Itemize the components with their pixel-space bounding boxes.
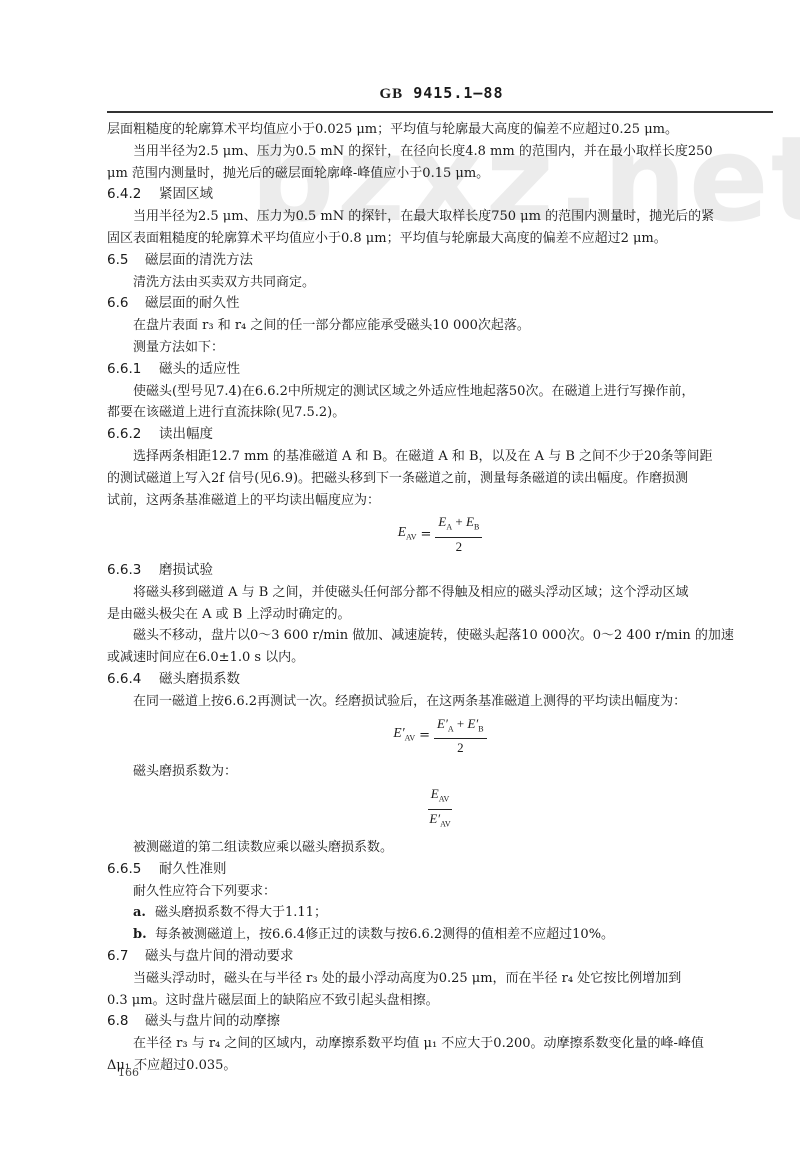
- paragraph-line: 耐久性应符合下列要求：: [107, 881, 773, 903]
- list-marker: a.: [133, 902, 155, 924]
- section-title: 磁头磨损系数: [159, 671, 240, 687]
- formula-symbol: E′: [393, 725, 404, 740]
- section-number: 6.5: [107, 250, 145, 272]
- section-title: 磁层面的清洗方法: [145, 252, 253, 268]
- formula-symbol: E′: [437, 716, 448, 731]
- header-rule: [107, 111, 773, 113]
- list-item: b.每条被测磁道上，按6.6.4修正过的读数与按6.6.2测得的值相差不应超过1…: [107, 924, 773, 946]
- paragraph-line: 在盘片表面 r₃ 和 r₄ 之间的任一部分都应能承受磁头10 000次起落。: [107, 315, 773, 337]
- formula-symbol: E: [431, 786, 439, 801]
- formula-symbol: E′: [467, 716, 478, 731]
- paragraph-line: 清洗方法由买卖双方共同商定。: [107, 272, 773, 294]
- paragraph-line: Δμ₁ 不应超过0.035。: [107, 1055, 773, 1077]
- paragraph-line: 使磁头(型号见7.4)在6.6.2中所规定的测试区域之外适应性地起落50次。在磁…: [107, 381, 773, 403]
- list-item-text: 每条被测磁道上，按6.6.4修正过的读数与按6.6.2测得的值相差不应超过10%…: [155, 927, 614, 942]
- standard-number: 9415.1—88: [413, 84, 503, 102]
- paragraph-line: 在同一磁道上按6.6.2再测试一次。经磨损试验后，在这两条基准磁道上测得的平均读…: [107, 691, 773, 713]
- fraction: EAVE′AV: [428, 785, 452, 833]
- paragraph-line: μm 范围内测量时，抛光后的磁层面轮廓峰-峰值应小于0.15 μm。: [107, 163, 773, 185]
- section-number: 6.8: [107, 1011, 145, 1033]
- formula-wear-coefficient: EAVE′AV: [107, 785, 773, 833]
- paragraph-line: 都要在该磁道上进行直流抹除(见7.5.2)。: [107, 402, 773, 424]
- formula-symbol: E: [466, 514, 474, 529]
- document-body: 层面粗糙度的轮廓算术平均值应小于0.025 μm；平均值与轮廓最大高度的偏差不应…: [107, 119, 773, 1077]
- paragraph-line: 选择两条相距12.7 mm 的基准磁道 A 和 B。在磁道 A 和 B，以及在 …: [107, 446, 773, 468]
- standard-prefix: GB: [380, 86, 404, 102]
- paragraph-line: 层面粗糙度的轮廓算术平均值应小于0.025 μm；平均值与轮廓最大高度的偏差不应…: [107, 119, 773, 141]
- formula-subscript: A: [448, 724, 454, 733]
- page-header: GB 9415.1—88: [110, 84, 773, 112]
- section-title: 磁头的适应性: [159, 361, 240, 377]
- section-title: 磨损试验: [159, 562, 213, 578]
- fraction: EA + EB2: [435, 513, 482, 556]
- section-title: 磁头与盘片间的滑动要求: [145, 948, 294, 964]
- section-title: 磁层面的耐久性: [145, 295, 240, 311]
- paragraph-line: 0.3 μm。这时盘片磁层面上的缺陷应不致引起头盘相擦。: [107, 990, 773, 1012]
- section-heading-6-7: 6.7磁头与盘片间的滑动要求: [107, 946, 773, 968]
- formula-eav-prime: E′AV=E′A + E′B2: [107, 715, 773, 758]
- formula-subscript: AV: [405, 734, 416, 743]
- formula-subscript: B: [478, 724, 483, 733]
- section-number: 6.6.2: [107, 424, 159, 446]
- paragraph-line: 是由磁头极尖在 A 或 B 上浮动时确定的。: [107, 604, 773, 626]
- section-heading-6-8: 6.8磁头与盘片间的动摩擦: [107, 1011, 773, 1033]
- section-heading-6-4-2: 6.4.2紧固区域: [107, 184, 773, 206]
- formula-subscript: AV: [406, 533, 417, 542]
- formula-subscript: A: [446, 523, 452, 532]
- section-number: 6.6.3: [107, 560, 159, 582]
- section-heading-6-6: 6.6磁层面的耐久性: [107, 293, 773, 315]
- paragraph-line: 当用半径为2.5 μm、压力为0.5 mN 的探针，在径向长度4.8 mm 的范…: [107, 141, 773, 163]
- section-heading-6-6-2: 6.6.2读出幅度: [107, 424, 773, 446]
- formula-operator: +: [455, 514, 462, 529]
- section-number: 6.6: [107, 293, 145, 315]
- section-title: 紧固区域: [159, 186, 213, 202]
- section-number: 6.6.5: [107, 859, 159, 881]
- paragraph-line: 将磁头移到磁道 A 与 B 之间，并使磁头任何部分都不得触及相应的磁头浮动区域；…: [107, 582, 773, 604]
- formula-denominator: 2: [434, 739, 487, 757]
- section-heading-6-6-5: 6.6.5耐久性准则: [107, 859, 773, 881]
- list-marker: b.: [133, 924, 155, 946]
- paragraph-line: 磁头不移动，盘片以0～3 600 r/min 做加、减速旋转，使磁头起落10 0…: [107, 625, 773, 647]
- formula-symbol: E′: [429, 811, 440, 826]
- formula-denominator: 2: [435, 538, 482, 556]
- section-number: 6.4.2: [107, 184, 159, 206]
- section-number: 6.6.4: [107, 669, 159, 691]
- formula-symbol: E: [398, 524, 406, 539]
- section-heading-6-6-4: 6.6.4磁头磨损系数: [107, 669, 773, 691]
- formula-eav: EAV=EA + EB2: [107, 513, 773, 556]
- fraction: E′A + E′B2: [434, 715, 487, 758]
- section-title: 读出幅度: [159, 426, 213, 442]
- formula-operator: +: [457, 716, 464, 731]
- paragraph-line: 或减速时间应在6.0±1.0 s 以内。: [107, 647, 773, 669]
- paragraph-line: 磁头磨损系数为：: [107, 761, 773, 783]
- list-item: a.磁头磨损系数不得大于1.11；: [107, 902, 773, 924]
- section-heading-6-6-1: 6.6.1磁头的适应性: [107, 359, 773, 381]
- paragraph-line: 的测试磁道上写入2f 信号(见6.9)。把磁头移到下一条磁道之前，测量每条磁道的…: [107, 468, 773, 490]
- section-title: 耐久性准则: [159, 861, 227, 877]
- section-heading-6-6-3: 6.6.3磨损试验: [107, 560, 773, 582]
- formula-subscript: AV: [439, 795, 450, 804]
- paragraph-line: 固区表面粗糙度的轮廓算术平均值应小于0.8 μm；平均值与轮廓最大高度的偏差不应…: [107, 228, 773, 250]
- formula-subscript: B: [474, 523, 479, 532]
- section-number: 6.6.1: [107, 359, 159, 381]
- section-number: 6.7: [107, 946, 145, 968]
- formula-subscript: AV: [440, 819, 451, 828]
- paragraph-line: 在半径 r₃ 与 r₄ 之间的区域内，动摩擦系数平均值 μ₁ 不应大于0.200…: [107, 1033, 773, 1055]
- paragraph-line: 测量方法如下：: [107, 337, 773, 359]
- paragraph-line: 试前，这两条基准磁道上的平均读出幅度应为：: [107, 490, 773, 512]
- paragraph-line: 当用半径为2.5 μm、压力为0.5 mN 的探针，在最大取样长度750 μm …: [107, 206, 773, 228]
- section-heading-6-5: 6.5磁层面的清洗方法: [107, 250, 773, 272]
- paragraph-line: 被测磁道的第二组读数应乘以磁头磨损系数。: [107, 837, 773, 859]
- page-number: 166: [118, 1066, 139, 1079]
- list-item-text: 磁头磨损系数不得大于1.11；: [155, 905, 327, 920]
- paragraph-line: 当磁头浮动时，磁头在与半径 r₃ 处的最小浮动高度为0.25 μm，而在半径 r…: [107, 968, 773, 990]
- document-page: GB 9415.1—88 层面粗糙度的轮廓算术平均值应小于0.025 μm；平均…: [0, 0, 800, 1170]
- section-title: 磁头与盘片间的动摩擦: [145, 1013, 280, 1029]
